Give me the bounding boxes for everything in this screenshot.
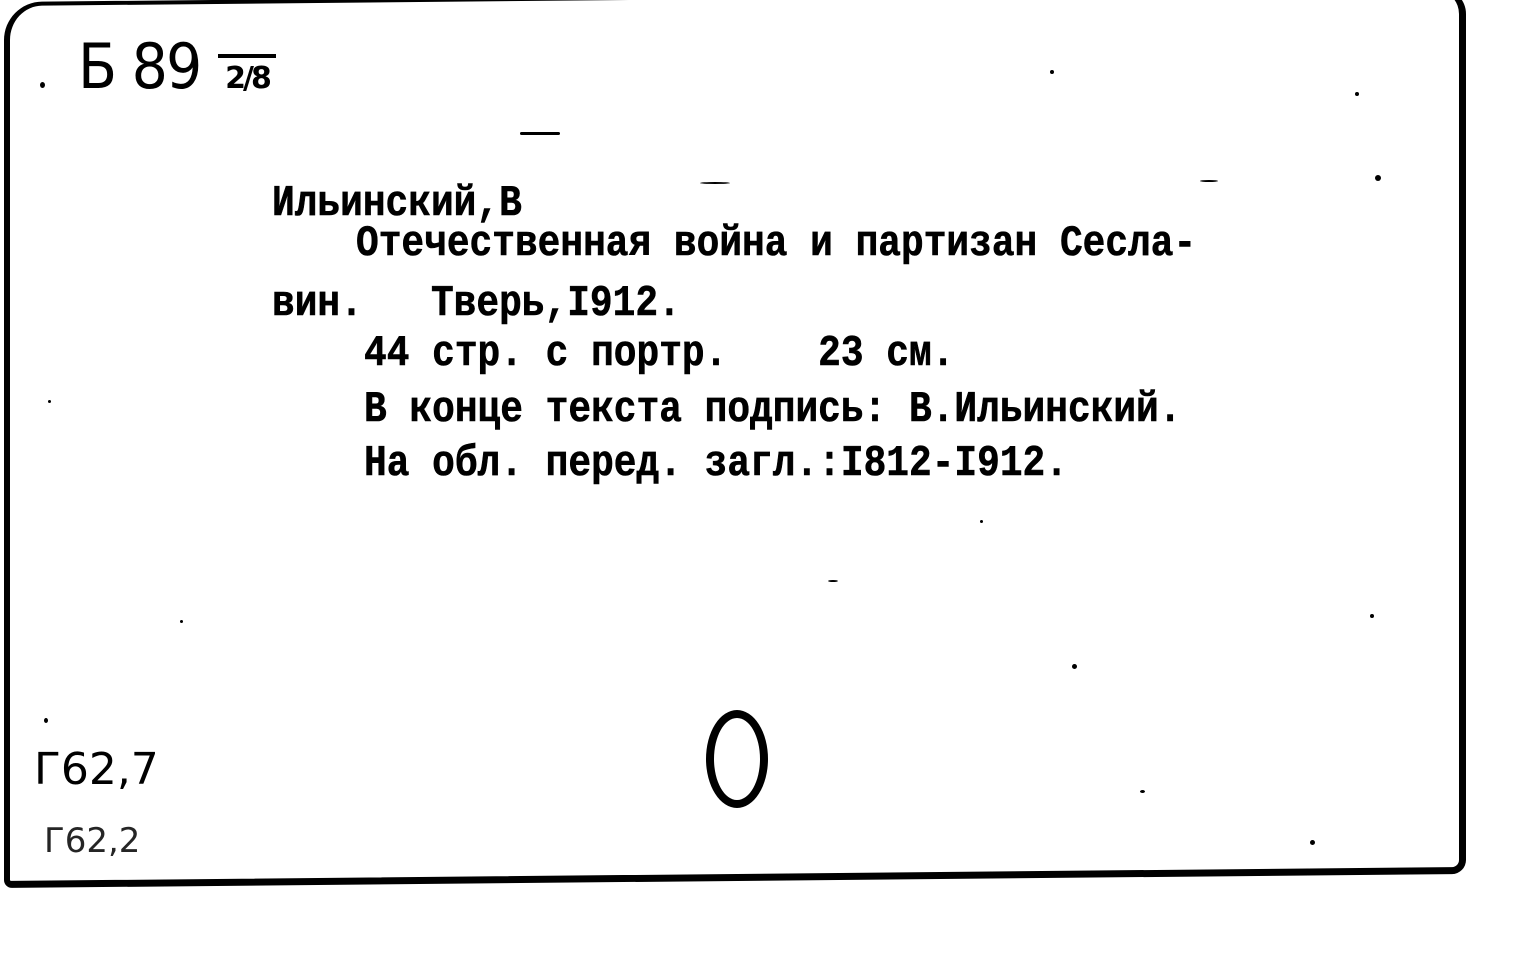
physical-description: 44 стр. с портр. 23 см. <box>364 332 954 376</box>
title-line-1: Отечественная война и партизан Сесла- <box>356 222 1196 266</box>
note-signature: В конце текста подпись: В.Ильинский. <box>364 388 1181 432</box>
punch-hole-icon <box>706 710 768 808</box>
shelfmark-main: Б 89 <box>78 36 200 98</box>
shelfmark-fraction: 2/8 <box>218 54 276 94</box>
title-line-2: вин. Тверь,I912. <box>272 282 681 326</box>
classification-primary: Г62,7 <box>34 748 159 792</box>
note-cover-title: На обл. перед. загл.:I812-I912. <box>364 442 1068 486</box>
classification-secondary: Г62,2 <box>44 824 140 858</box>
